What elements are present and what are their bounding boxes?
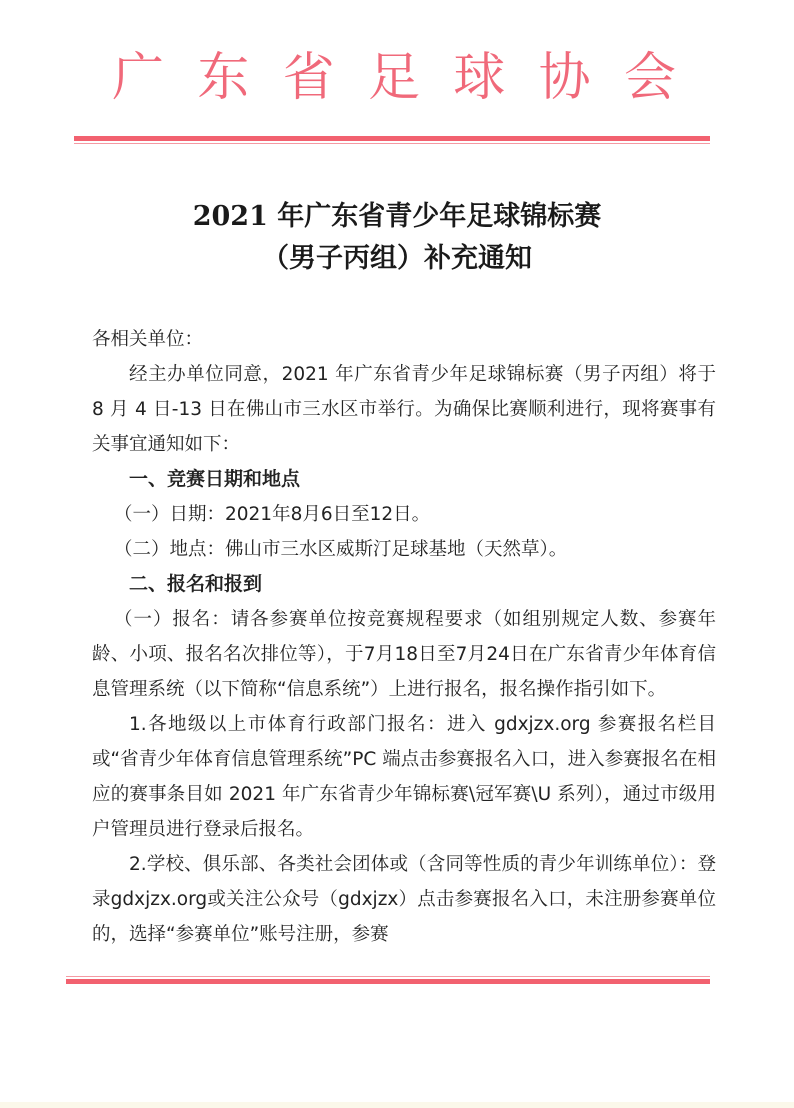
letterhead-char: 东 — [193, 52, 253, 104]
page-edge-tint — [0, 1102, 794, 1108]
intro-paragraph: 经主办单位同意，2021 年广东省青少年足球锦标赛（男子丙组）将于 8 月 4 … — [92, 357, 716, 462]
letterhead-char: 球 — [449, 52, 509, 104]
document-body: 各相关单位： 经主办单位同意，2021 年广东省青少年足球锦标赛（男子丙组）将于… — [92, 322, 716, 952]
title-line-2: （男子丙组）补充通知 — [0, 238, 794, 280]
letterhead-char: 广 — [108, 52, 168, 104]
section-item: 2.学校、俱乐部、各类社会团体或（含同等性质的青少年训练单位）：登录gdxjzx… — [92, 847, 716, 952]
letterhead-char: 足 — [364, 52, 424, 104]
letterhead-divider — [74, 136, 710, 144]
letterhead-char: 省 — [279, 52, 339, 104]
section-item: （二）地点：佛山市三水区威斯汀足球基地（天然草）。 — [92, 532, 716, 567]
letterhead-org-name: 广 东 省 足 球 协 会 — [108, 52, 680, 104]
section-item: 1.各地级以上市体育行政部门报名：进入 gdxjzx.org 参赛报名栏目或“省… — [92, 707, 716, 847]
title-line-1: 2021 年广东省青少年足球锦标赛 — [0, 196, 794, 238]
footer-divider — [66, 976, 710, 984]
document-title: 2021 年广东省青少年足球锦标赛 （男子丙组）补充通知 — [0, 196, 794, 280]
section-heading: 一、竞赛日期和地点 — [92, 462, 716, 497]
section-item: （一）报名：请各参赛单位按竞赛规程要求（如组别规定人数、参赛年龄、小项、报名名次… — [92, 602, 716, 707]
salutation: 各相关单位： — [92, 322, 716, 357]
section-item: （一）日期：2021年8月6日至12日。 — [92, 497, 716, 532]
letterhead-char: 协 — [535, 52, 595, 104]
section-heading: 二、报名和报到 — [92, 567, 716, 602]
letterhead-char: 会 — [620, 52, 680, 104]
